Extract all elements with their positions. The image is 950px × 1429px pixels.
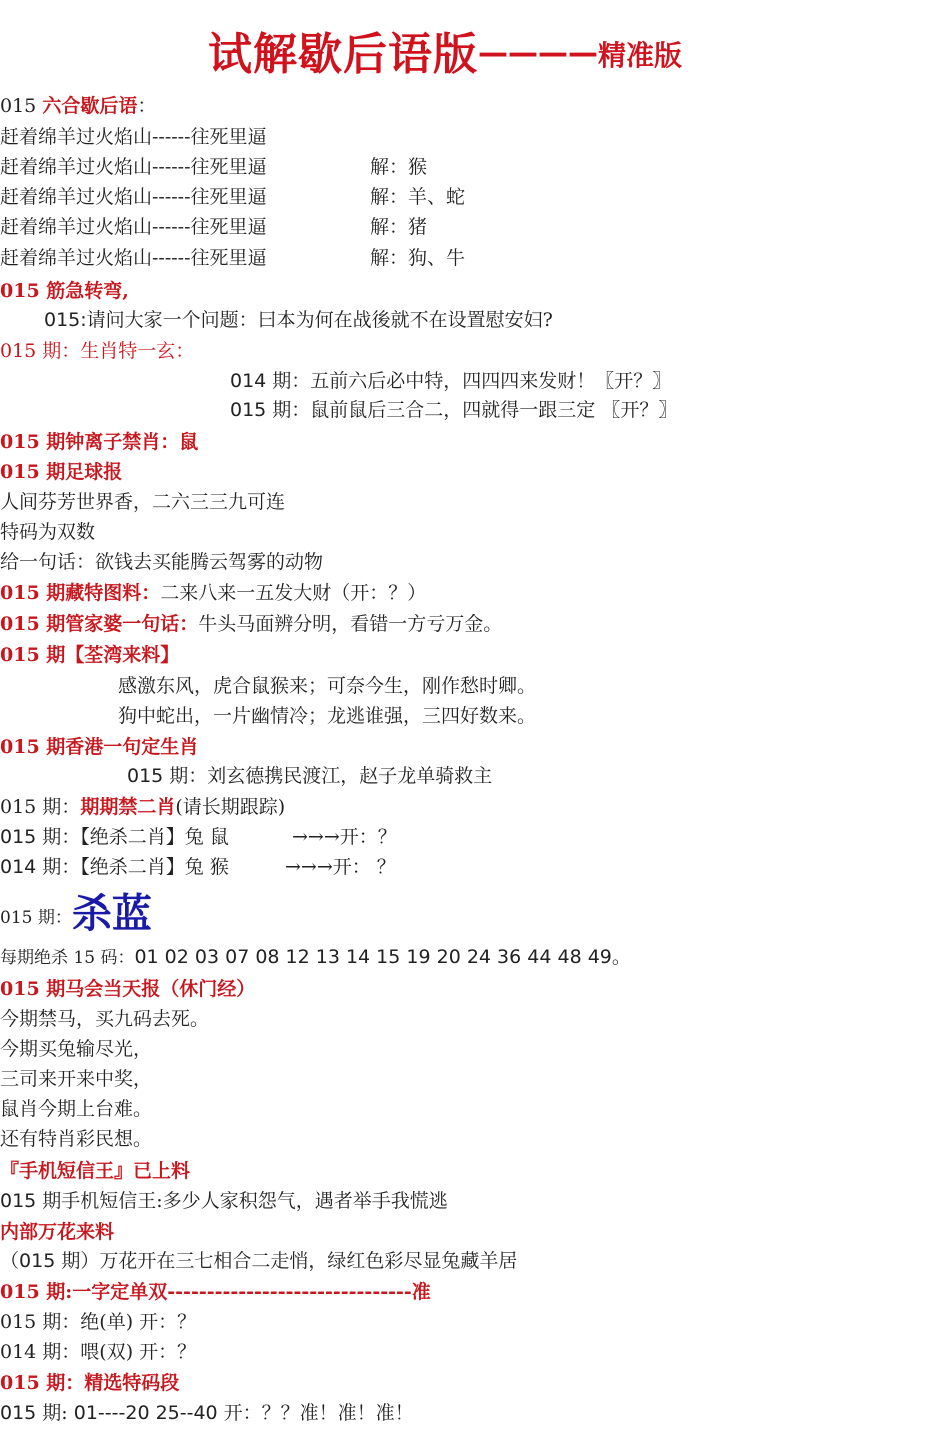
list-item: 014 期：【绝杀二肖】兔 猴→→→开： ？ (0, 854, 229, 880)
page-title: 试解歇后语版————精准版 (208, 18, 682, 82)
section-heading: 015 期足球报 (0, 459, 122, 485)
section-heading: 015 期：期期禁二肖(请长期跟踪) (0, 794, 285, 820)
section-heading: 015 六合歇后语： (0, 93, 156, 119)
title-main: 试解歇后语版 (208, 29, 478, 80)
section-heading: 015 期：生肖特一玄： (0, 338, 194, 364)
text-line: 015 期手机短信王:多少人家积怨气，遇者举手我慌逃 (0, 1188, 448, 1214)
section-heading: 015 期管家婆一句话：牛头马面辨分明，看错一方亏万金。 (0, 611, 502, 637)
list-item: 赶着绵羊过火焰山------往死里逼 (0, 124, 267, 150)
kill-numbers: 每期绝杀 15 码：01 02 03 07 08 12 13 14 15 19 … (0, 944, 631, 971)
list-item: 赶着绵羊过火焰山------往死里逼解：狗、牛 (0, 245, 267, 271)
list-item: 015 期：绝(单) 开：？ (0, 1309, 196, 1335)
text-line: （015 期）万花开在三七相合二走悄，绿红色彩尽显兔藏羊居 (0, 1248, 517, 1274)
title-dash: ———— (478, 36, 598, 71)
list-item: 015 期：鼠前鼠后三合二，四就得一跟三定 〖开？〗 (230, 397, 677, 423)
text-line: 特码为双数 (0, 519, 95, 545)
text-line: 人间芬芳世界香，二六三三九可连 (0, 489, 285, 515)
text-line: 今期买兔输尽光， (0, 1036, 152, 1062)
section-heading: 015 期：精选特码段 (0, 1370, 179, 1396)
section-heading: 内部万花来料 (0, 1219, 114, 1245)
section-heading: 『手机短信王』已上料 (0, 1158, 190, 1184)
list-item: 赶着绵羊过火焰山------往死里逼解：羊、蛇 (0, 184, 267, 210)
section-heading: 015 期香港一句定生肖 (0, 734, 198, 760)
list-item: 赶着绵羊过火焰山------往死里逼解：猪 (0, 214, 267, 240)
list-item: 014 期：喂(双) 开：？ (0, 1339, 196, 1365)
text-line: 还有特肖彩民想。 (0, 1126, 152, 1152)
text-line: 鼠肖今期上台难。 (0, 1096, 152, 1122)
list-item: 赶着绵羊过火焰山------往死里逼解：猴 (0, 154, 267, 180)
text-line: 今期禁马，买九码去死。 (0, 1006, 209, 1032)
section-heading: 015 期马会当天报（休门经） (0, 976, 255, 1002)
text-line: 给一句话：欲钱去买能腾云驾雾的动物 (0, 549, 323, 575)
text-line: 三司来开来中奖， (0, 1066, 152, 1092)
list-item: 014 期：五前六后必中特，四四四来发财！〖开？〗 (230, 368, 671, 394)
section-heading: 015 期【荃湾来料】 (0, 642, 179, 668)
section-heading: 015 期藏特图料：二来八来一五发大财（开：？） (0, 580, 426, 606)
text-line: 感激东风，虎合鼠猴来；可奈今生，刚作愁时卿。 (118, 673, 536, 699)
text-line: 015 期: 01----20 25--40 开：？？准！准！准！ (0, 1400, 414, 1426)
text-line: 狗中蛇出，一片幽情冷；龙逃谁强，三四好数来。 (118, 703, 536, 729)
title-sub: 精准版 (598, 39, 682, 72)
section-heading: 015 期:一字定单双-----------------------------… (0, 1279, 431, 1305)
section-heading: 015 筋急转弯, (0, 278, 129, 304)
text-line: 015:请问大家一个问题：曰本为何在战後就不在设置慰安妇? (44, 307, 553, 333)
kill-color: 015 期：杀蓝 (0, 892, 152, 940)
text-line: 015 期：刘玄德携民渡江，赵子龙单骑救主 (127, 763, 492, 789)
list-item: 015 期：【绝杀二肖】兔 鼠→→→开：？ (0, 824, 229, 850)
section-heading: 015 期钟离子禁肖：鼠 (0, 429, 198, 455)
